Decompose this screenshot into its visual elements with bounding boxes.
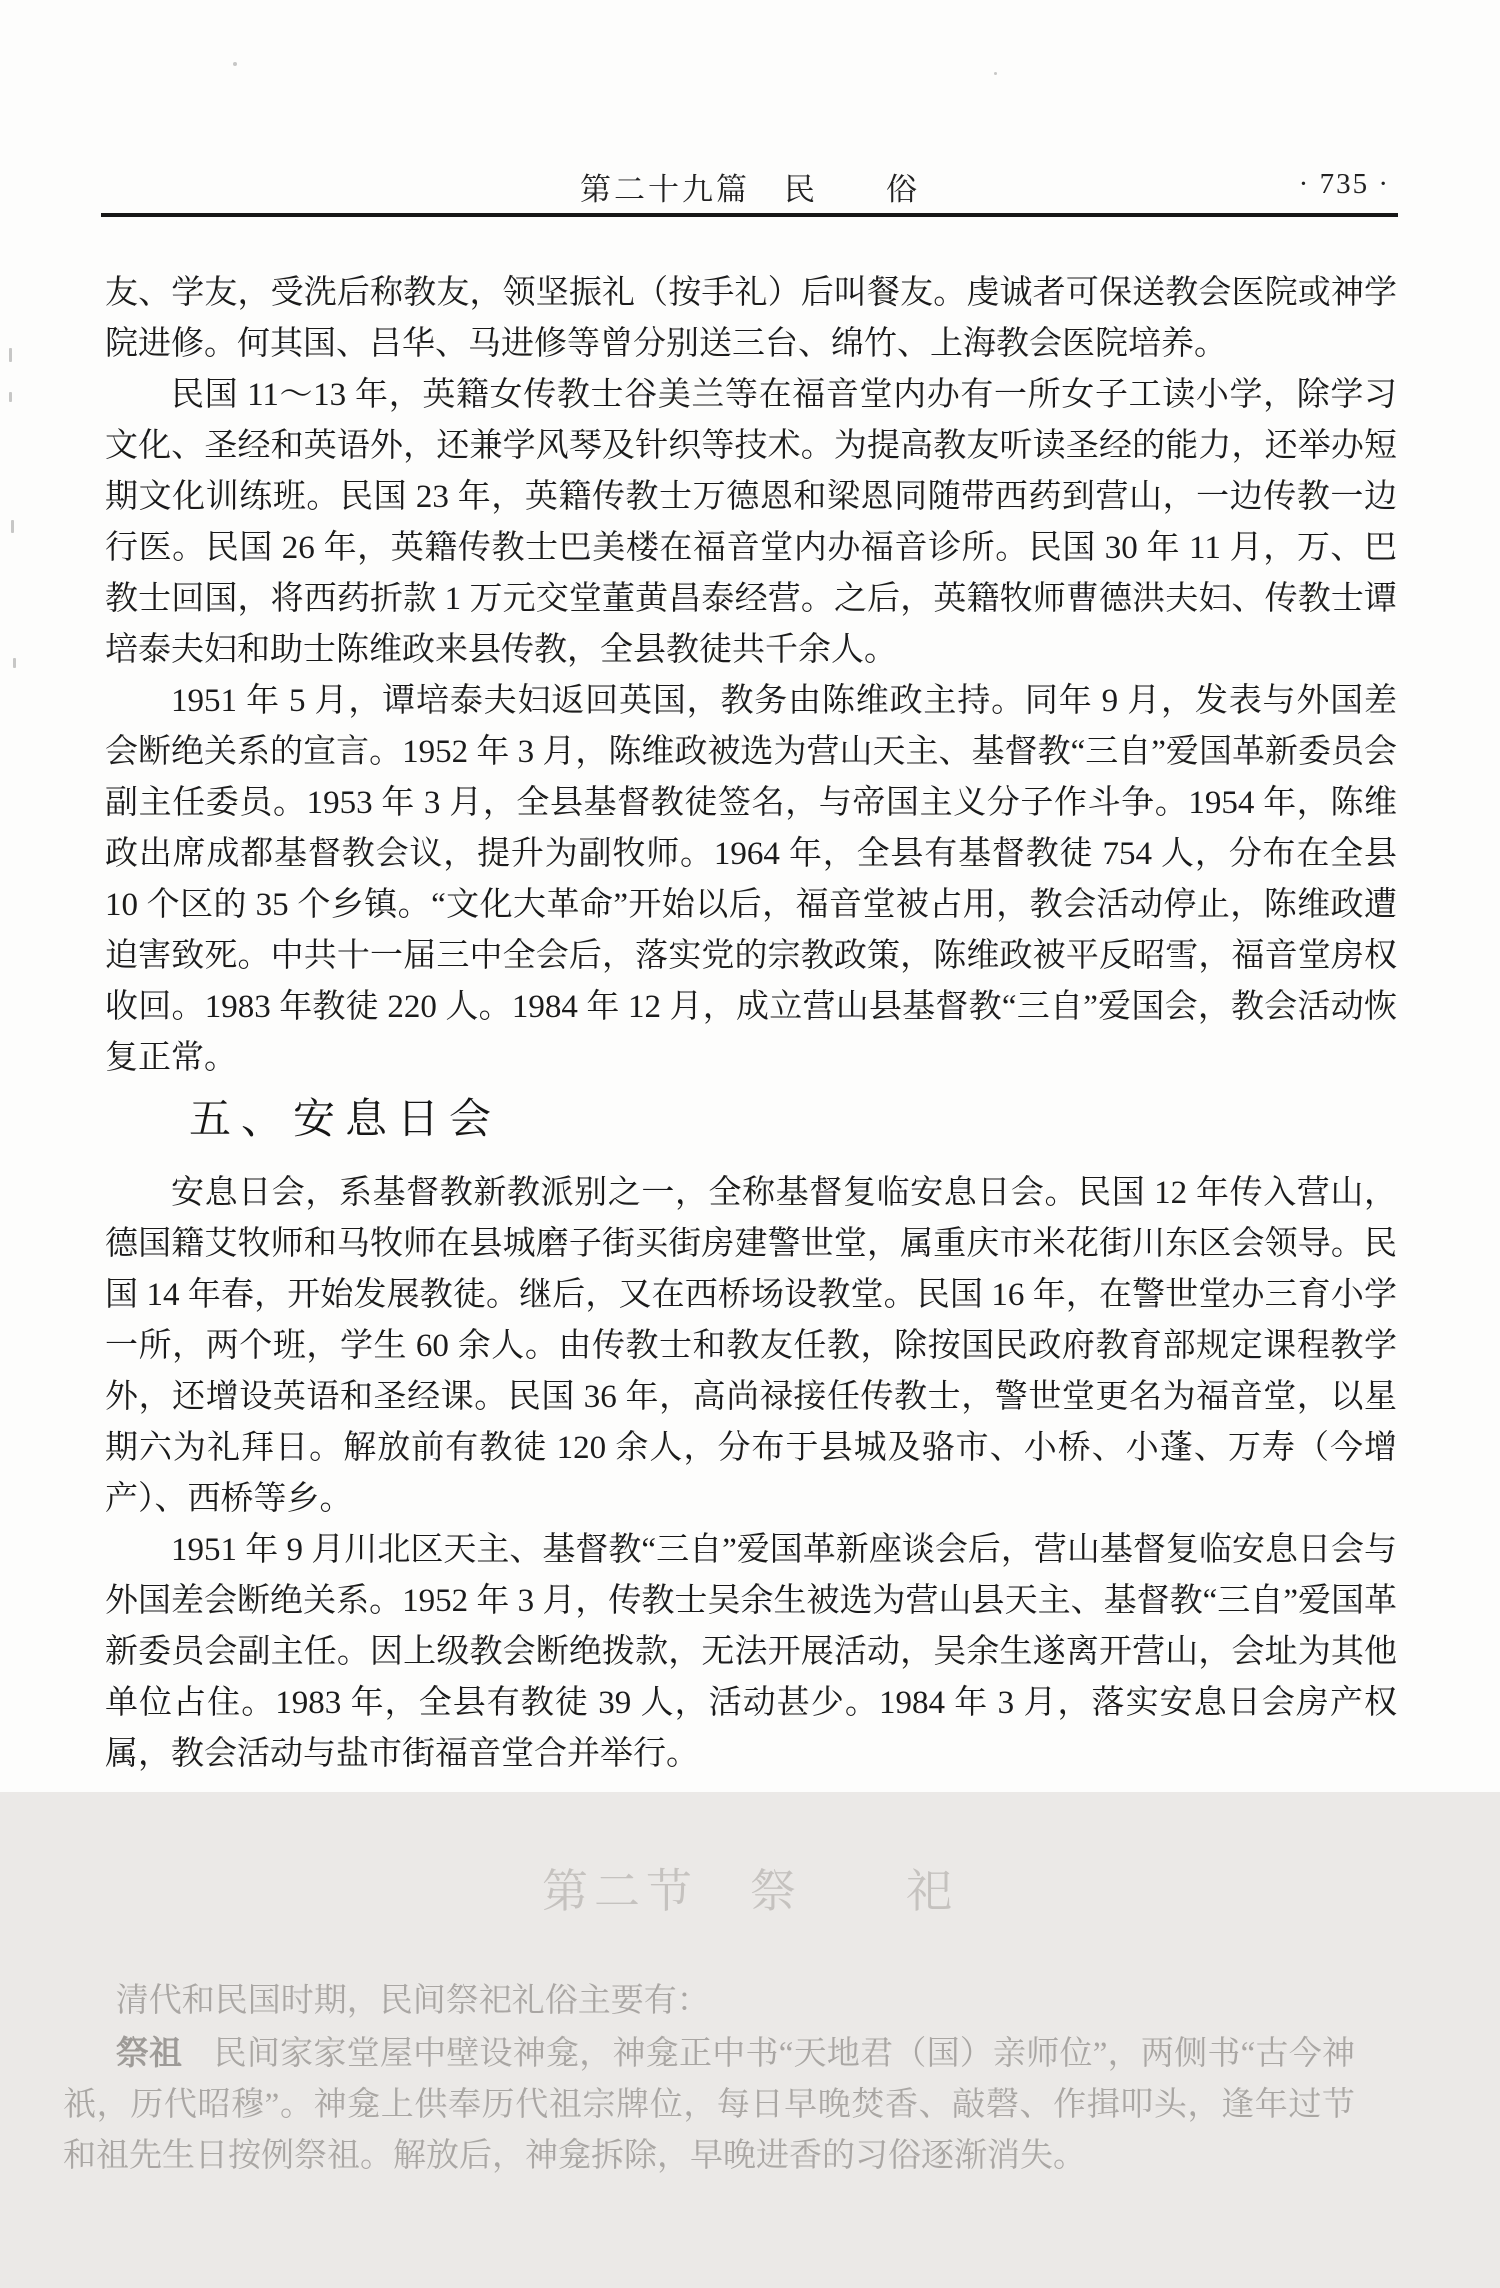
paragraph-church-continuation: 友、学友，受洗后称教友，领坚振礼（按手礼）后叫餐友。虔诚者可保送教会医院或神学院… xyxy=(105,268,1397,370)
scan-artifact xyxy=(9,392,12,402)
scan-artifact xyxy=(9,348,12,362)
next-page-bleed-through: 第二节 祭 祀 清代和民国时期，民间祭祀礼俗主要有： 祭祖民间家家堂屋中壁设神龛… xyxy=(0,1792,1500,2288)
scanned-book-page: 第二十九篇 民 俗 · 735 · 友、学友，受洗后称教友，领坚振礼（按手礼）后… xyxy=(0,0,1500,2288)
bleed-paragraph-ancestor-worship: 祭祖民间家家堂屋中壁设神龛，神龛正中书“天地君（国）亲师位”，两侧书“古今神祇，… xyxy=(63,2027,1355,2182)
scan-artifact xyxy=(233,62,237,66)
paragraph-adventist-post-1951: 1951 年 9 月川北区天主、基督教“三自”爱国革新座谈会后，营山基督复临安息… xyxy=(105,1525,1397,1780)
scan-artifact xyxy=(994,72,997,75)
paragraph-adventist-history: 安息日会，系基督教新教派别之一，全称基督复临安息日会。民国 12 年传入营山，德… xyxy=(105,1168,1397,1525)
section-heading-adventist: 五、安息日会 xyxy=(189,1092,1397,1148)
header-divider xyxy=(101,213,1398,217)
running-title: 第二十九篇 民 俗 xyxy=(0,164,1500,209)
bleed-paragraph-intro: 清代和民国时期，民间祭祀礼俗主要有： xyxy=(63,1976,1355,2027)
scan-artifact xyxy=(13,658,16,668)
paragraph-missionaries-republic-era: 民国 11～13 年，英籍女传教士谷美兰等在福音堂内办有一所女子工读小学，除学习… xyxy=(105,370,1397,676)
bleed-body: 清代和民国时期，民间祭祀礼俗主要有： 祭祖民间家家堂屋中壁设神龛，神龛正中书“天… xyxy=(63,1976,1355,2182)
paragraph-christianity-post-1951: 1951 年 5 月，谭培泰夫妇返回英国，教务由陈维政主持。同年 9 月，发表与… xyxy=(105,676,1397,1084)
scan-artifact xyxy=(11,520,14,533)
bleed-ancestor-worship-text: 民间家家堂屋中壁设神龛，神龛正中书“天地君（国）亲师位”，两侧书“古今神祇，历代… xyxy=(63,2036,1355,2174)
page-body: 友、学友，受洗后称教友，领坚振礼（按手礼）后叫餐友。虔诚者可保送教会医院或神学院… xyxy=(105,268,1397,1780)
bleed-ancestor-worship-label: 祭祖 xyxy=(116,2034,182,2071)
page-number: · 735 · xyxy=(1299,168,1390,201)
bleed-section-heading: 第二节 祭 祀 xyxy=(0,1864,1500,1920)
